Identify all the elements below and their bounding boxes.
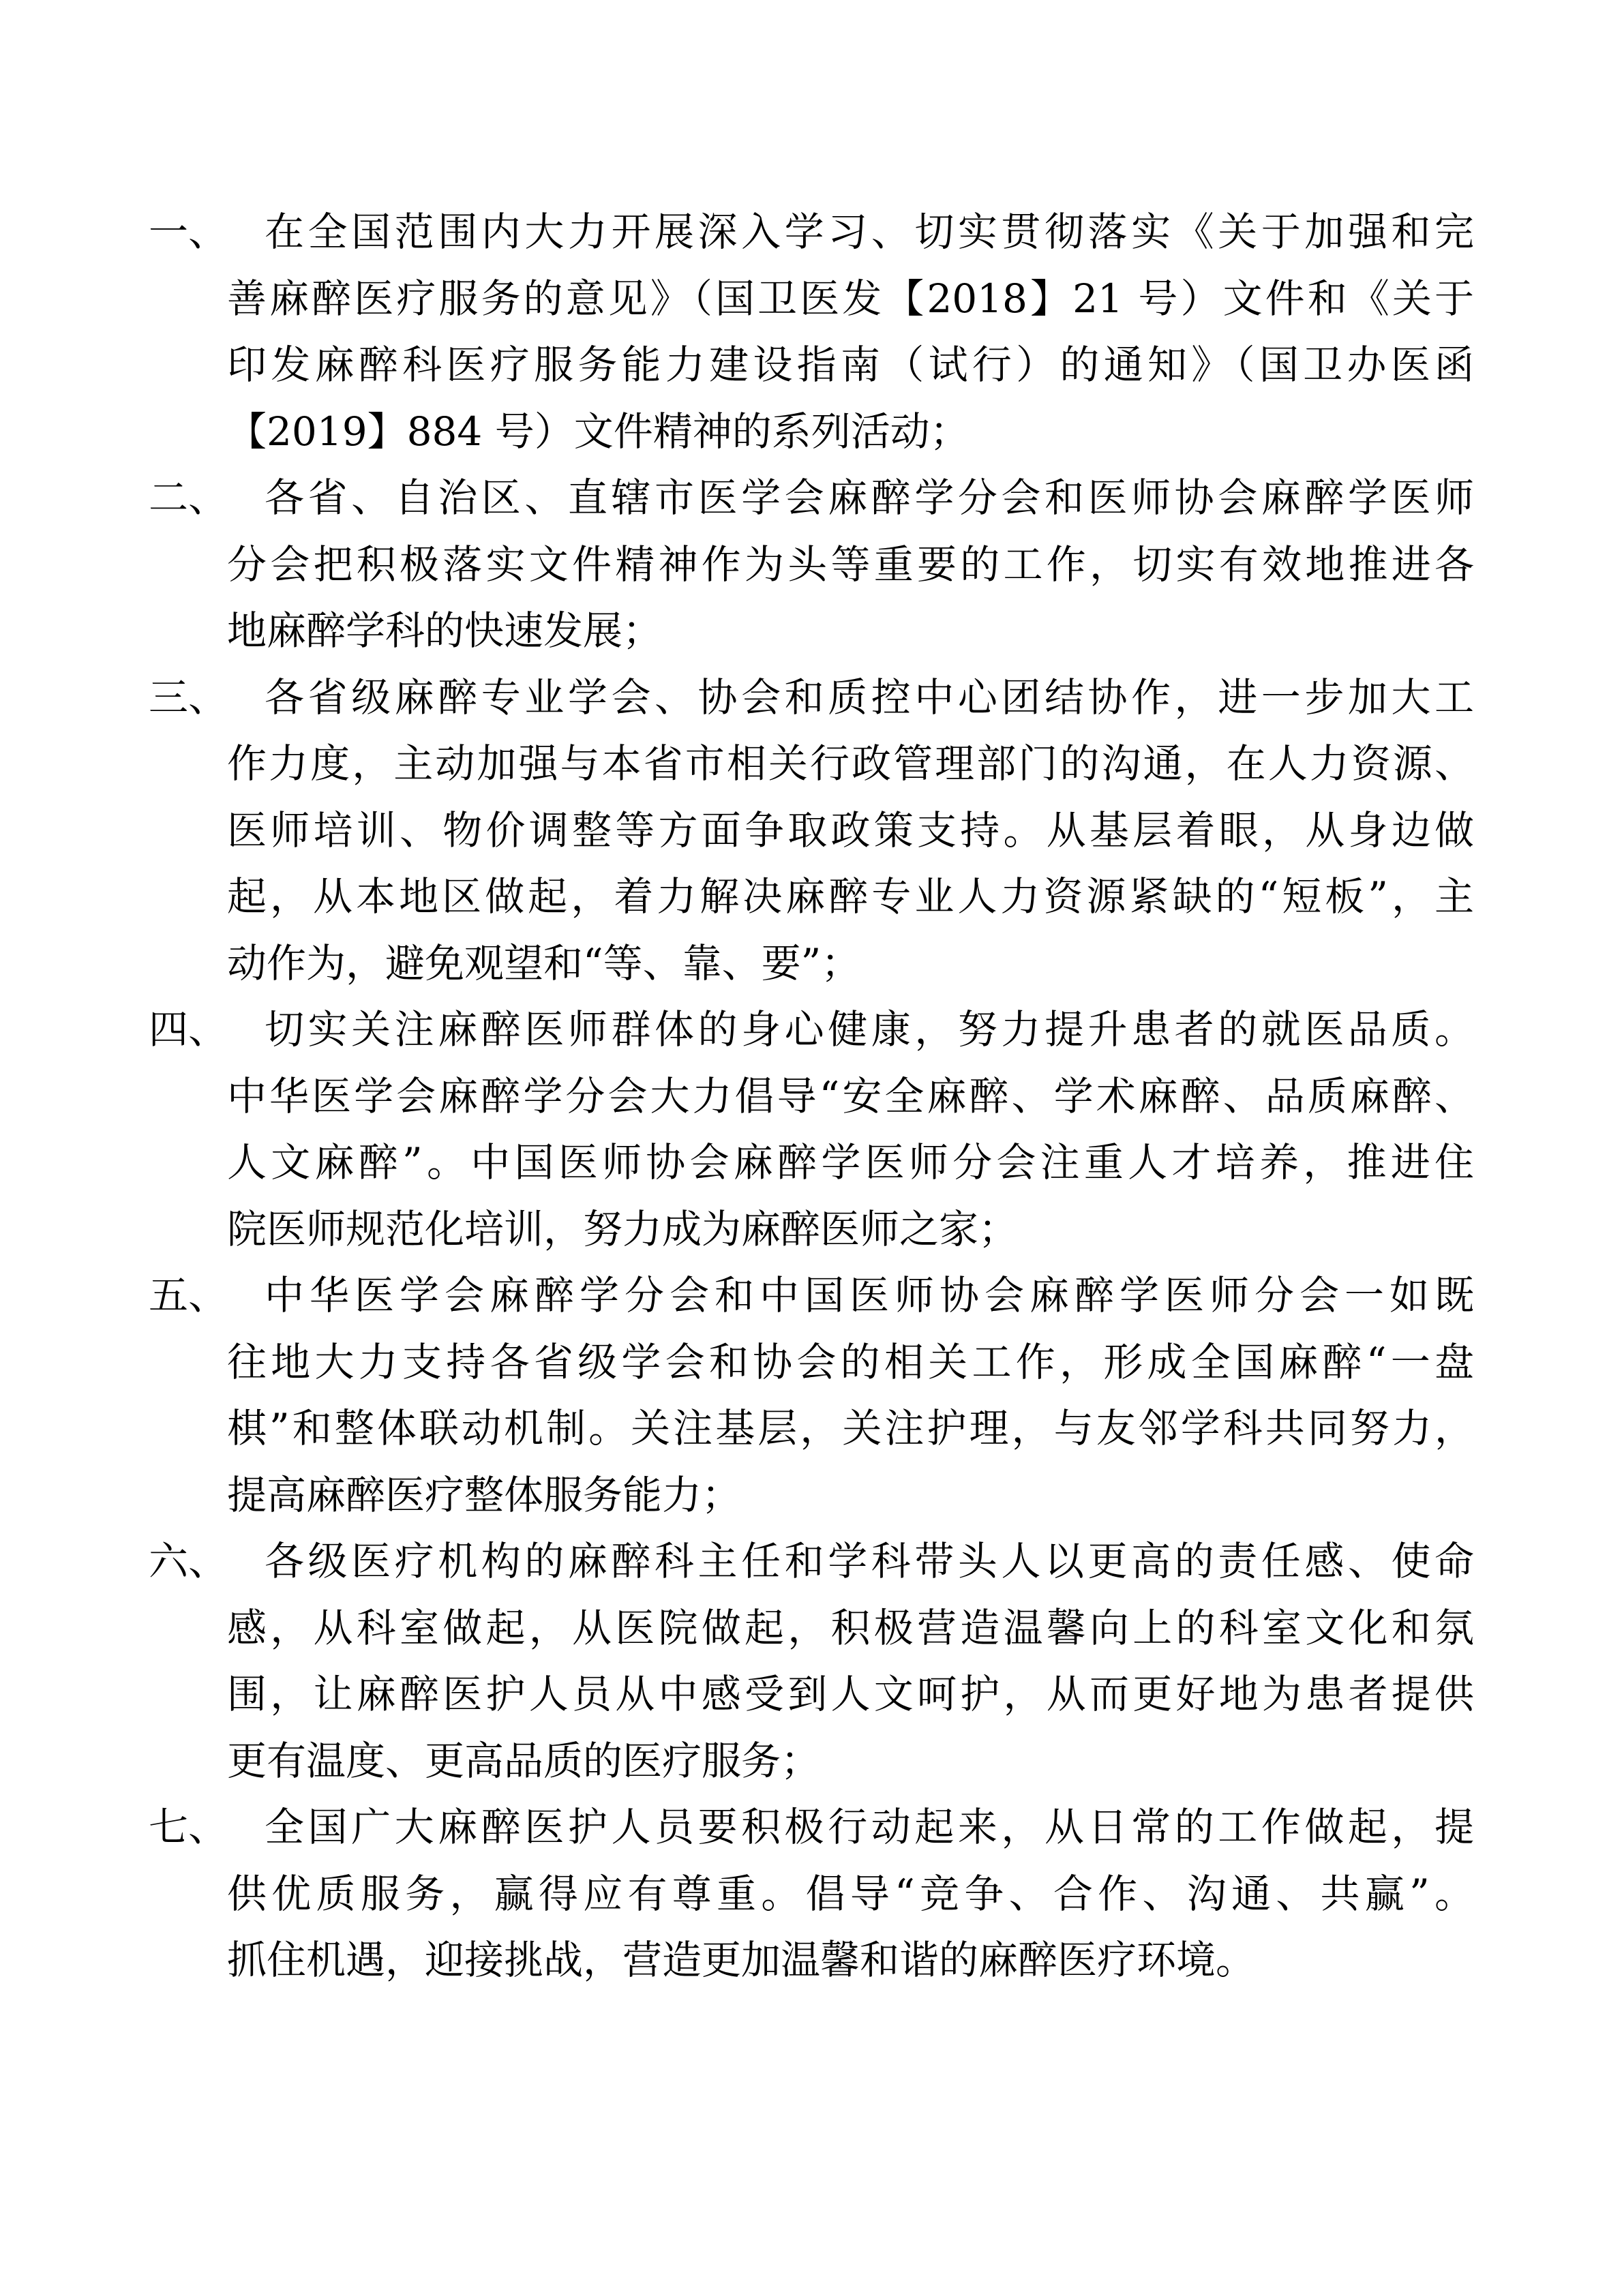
document-page: 一、 在全国范围内大力开展深入学习、切实贯彻落实《关于加强和完 善麻醉医疗服务的…	[0, 0, 1622, 2296]
text-line: 动作为，避免观望和“等、靠、要”；	[227, 931, 1474, 997]
text-line: 地麻醉学科的快速发展；	[227, 598, 1474, 665]
item-number: 七、	[149, 1794, 265, 1861]
document-body: 一、 在全国范围内大力开展深入学习、切实贯彻落实《关于加强和完 善麻醉医疗服务的…	[149, 199, 1474, 1994]
item-number: 五、	[149, 1263, 265, 1329]
list-item-1: 一、 在全国范围内大力开展深入学习、切实贯彻落实《关于加强和完 善麻醉医疗服务的…	[149, 199, 1474, 465]
text-line: 【2019】884 号）文件精神的系列活动；	[227, 399, 1474, 466]
item-number: 六、	[149, 1528, 265, 1595]
text-line: 在全国范围内大力开展深入学习、切实贯彻落实《关于加强和完	[265, 199, 1474, 266]
text-line: 往地大力支持各省级学会和协会的相关工作，形成全国麻醉“一盘	[227, 1329, 1474, 1396]
text-line: 善麻醉医疗服务的意见》（国卫医发【2018】21 号）文件和《关于	[227, 266, 1474, 333]
text-line: 提高麻醉医疗整体服务能力；	[227, 1462, 1474, 1529]
list-item-6: 六、 各级医疗机构的麻醉科主任和学科带头人以更高的责任感、使命 感，从科室做起，…	[149, 1528, 1474, 1794]
list-item-7: 七、 全国广大麻醉医护人员要积极行动起来，从日常的工作做起，提 供优质服务，赢得…	[149, 1794, 1474, 1994]
text-line: 抓住机遇，迎接挑战，营造更加温馨和谐的麻醉医疗环境。	[227, 1927, 1474, 1994]
text-line: 供优质服务，赢得应有尊重。倡导“竞争、合作、沟通、共赢”。	[227, 1861, 1474, 1928]
item-text: 全国广大麻醉医护人员要积极行动起来，从日常的工作做起，提 供优质服务，赢得应有尊…	[227, 1794, 1474, 1994]
item-text: 各省、自治区、直辖市医学会麻醉学分会和医师协会麻醉学医师 分会把积极落实文件精神…	[227, 465, 1474, 665]
text-line: 全国广大麻醉医护人员要积极行动起来，从日常的工作做起，提	[265, 1794, 1474, 1861]
item-number: 一、	[149, 199, 265, 266]
text-line: 起，从本地区做起，着力解决麻醉专业人力资源紧缺的“短板”，主	[227, 864, 1474, 931]
item-text: 在全国范围内大力开展深入学习、切实贯彻落实《关于加强和完 善麻醉医疗服务的意见》…	[227, 199, 1474, 465]
list-item-2: 二、 各省、自治区、直辖市医学会麻醉学分会和医师协会麻醉学医师 分会把积极落实文…	[149, 465, 1474, 665]
list-item-5: 五、 中华医学会麻醉学分会和中国医师协会麻醉学医师分会一如既 往地大力支持各省级…	[149, 1263, 1474, 1528]
text-line: 印发麻醉科医疗服务能力建设指南（试行）的通知》（国卫办医函	[227, 332, 1474, 399]
text-line: 中华医学会麻醉学分会和中国医师协会麻醉学医师分会一如既	[265, 1263, 1474, 1329]
item-number: 二、	[149, 465, 265, 532]
text-line: 各级医疗机构的麻醉科主任和学科带头人以更高的责任感、使命	[265, 1528, 1474, 1595]
text-line: 棋”和整体联动机制。关注基层，关注护理，与友邻学科共同努力，	[227, 1395, 1474, 1462]
item-number: 四、	[149, 997, 265, 1063]
item-number: 三、	[149, 665, 265, 731]
text-line: 人文麻醉”。中国医师协会麻醉学医师分会注重人才培养，推进住	[227, 1130, 1474, 1196]
text-line: 各省级麻醉专业学会、协会和质控中心团结协作，进一步加大工	[265, 665, 1474, 731]
item-text: 各级医疗机构的麻醉科主任和学科带头人以更高的责任感、使命 感，从科室做起，从医院…	[227, 1528, 1474, 1794]
text-line: 各省、自治区、直辖市医学会麻醉学分会和医师协会麻醉学医师	[265, 465, 1474, 532]
text-line: 更有温度、更高品质的医疗服务；	[227, 1728, 1474, 1795]
text-line: 感，从科室做起，从医院做起，积极营造温馨向上的科室文化和氛	[227, 1595, 1474, 1662]
text-line: 医师培训、物价调整等方面争取政策支持。从基层着眼，从身边做	[227, 798, 1474, 864]
list-item-3: 三、 各省级麻醉专业学会、协会和质控中心团结协作，进一步加大工 作力度，主动加强…	[149, 665, 1474, 997]
list-item-4: 四、 切实关注麻醉医师群体的身心健康，努力提升患者的就医品质。 中华医学会麻醉学…	[149, 997, 1474, 1263]
item-text: 切实关注麻醉医师群体的身心健康，努力提升患者的就医品质。 中华医学会麻醉学分会大…	[227, 997, 1474, 1263]
text-line: 中华医学会麻醉学分会大力倡导“安全麻醉、学术麻醉、品质麻醉、	[227, 1063, 1474, 1130]
item-text: 各省级麻醉专业学会、协会和质控中心团结协作，进一步加大工 作力度，主动加强与本省…	[227, 665, 1474, 997]
text-line: 分会把积极落实文件精神作为头等重要的工作，切实有效地推进各	[227, 532, 1474, 599]
text-line: 切实关注麻醉医师群体的身心健康，努力提升患者的就医品质。	[265, 997, 1474, 1063]
text-line: 围，让麻醉医护人员从中感受到人文呵护，从而更好地为患者提供	[227, 1661, 1474, 1728]
item-text: 中华医学会麻醉学分会和中国医师协会麻醉学医师分会一如既 往地大力支持各省级学会和…	[227, 1263, 1474, 1528]
text-line: 作力度，主动加强与本省市相关行政管理部门的沟通，在人力资源、	[227, 731, 1474, 798]
text-line: 院医师规范化培训，努力成为麻醉医师之家；	[227, 1196, 1474, 1263]
